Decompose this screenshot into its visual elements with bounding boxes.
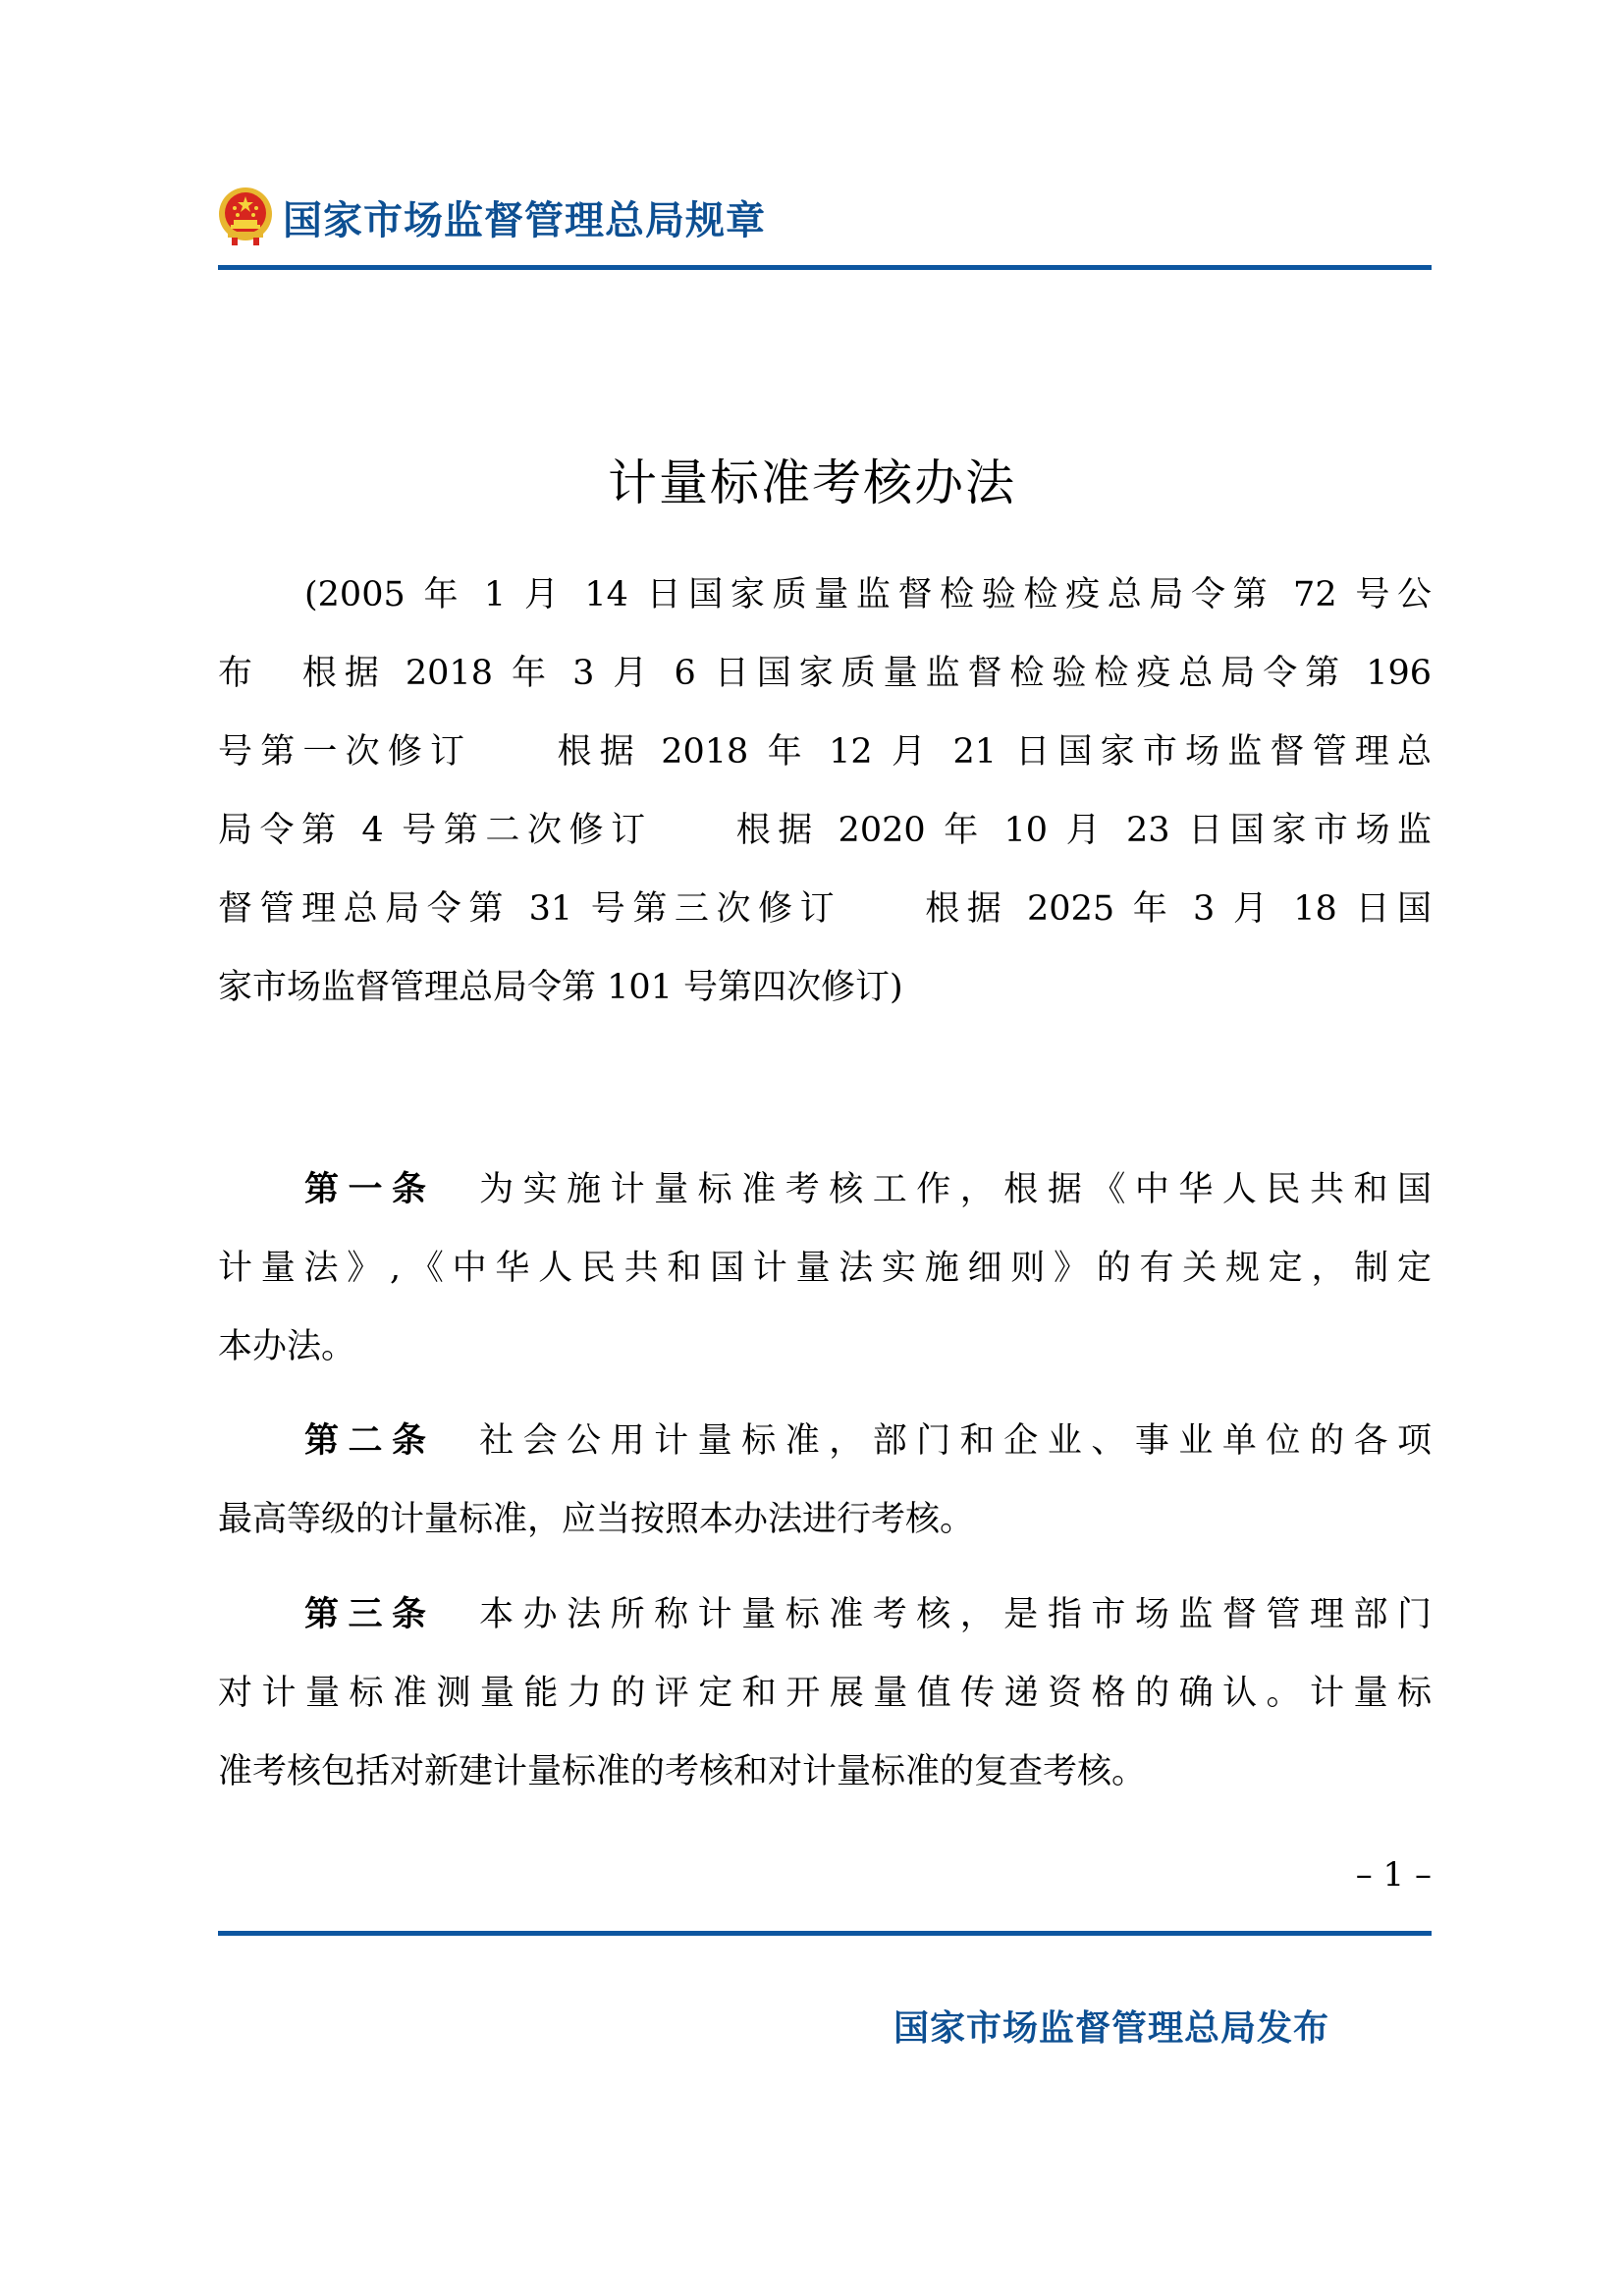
revision-line: 家市场监督管理总局令第 101 号第四次修订): [218, 948, 1432, 1027]
revision-line: 局令第 4 号第二次修订 根据 2020 年 10 月 23 日国家市场监: [218, 791, 1432, 870]
article-1: 第一条 为实施计量标准考核工作，根据《中华人民共和国 计量法》,《中华人民共和国…: [218, 1150, 1432, 1386]
header-divider: [218, 265, 1432, 270]
revision-line: 布 根据 2018 年 3 月 6 日国家质量监督检验检疫总局令第 196: [218, 634, 1432, 713]
article-text: 社会公用计量标准，部门和企业、事业单位的各项: [479, 1421, 1432, 1461]
article-line: 最高等级的计量标准，应当按照本办法进行考核。: [218, 1480, 1432, 1559]
article-label: 第三条: [304, 1595, 436, 1634]
article-line: 本办法。: [218, 1308, 1432, 1386]
article-line: 第二条 社会公用计量标准，部门和企业、事业单位的各项: [218, 1402, 1432, 1480]
article-2: 第二条 社会公用计量标准，部门和企业、事业单位的各项 最高等级的计量标准，应当按…: [218, 1402, 1432, 1559]
revision-line: (2005 年 1 月 14 日国家质量监督检验检疫总局令第 72 号公: [218, 556, 1432, 634]
article-text: 为实施计量标准考核工作，根据《中华人民共和国: [479, 1170, 1432, 1209]
footer-publisher: 国家市场监督管理总局发布: [893, 2001, 1329, 2051]
revision-line: 督管理总局令第 31 号第三次修订 根据 2025 年 3 月 18 日国: [218, 870, 1432, 948]
document-title: 计量标准考核办法: [0, 444, 1624, 514]
footer-divider: [218, 1931, 1432, 1936]
article-line: 第一条 为实施计量标准考核工作，根据《中华人民共和国: [218, 1150, 1432, 1229]
article-line: 对计量标准测量能力的评定和开展量值传递资格的确认。计量标: [218, 1654, 1432, 1733]
article-label: 第二条: [304, 1421, 436, 1461]
article-line: 第三条 本办法所称计量标准考核，是指市场监督管理部门: [218, 1575, 1432, 1654]
article-text: 本办法所称计量标准考核，是指市场监督管理部门: [479, 1595, 1432, 1634]
article-line: 计量法》,《中华人民共和国计量法实施细则》的有关规定，制定: [218, 1229, 1432, 1308]
revision-history: (2005 年 1 月 14 日国家质量监督检验检疫总局令第 72 号公 布 根…: [218, 556, 1432, 1027]
revision-line: 号第一次修订 根据 2018 年 12 月 21 日国家市场监督管理总: [218, 713, 1432, 791]
article-line: 准考核包括对新建计量标准的考核和对计量标准的复查考核。: [218, 1733, 1432, 1811]
article-3: 第三条 本办法所称计量标准考核，是指市场监督管理部门 对计量标准测量能力的评定和…: [218, 1575, 1432, 1811]
page-number: – 1 –: [1356, 1855, 1432, 1895]
header-title: 国家市场监督管理总局规章: [283, 189, 766, 245]
page-header: 国家市场监督管理总局规章: [218, 183, 766, 251]
article-label: 第一条: [304, 1170, 436, 1209]
national-emblem-icon: [218, 187, 273, 247]
